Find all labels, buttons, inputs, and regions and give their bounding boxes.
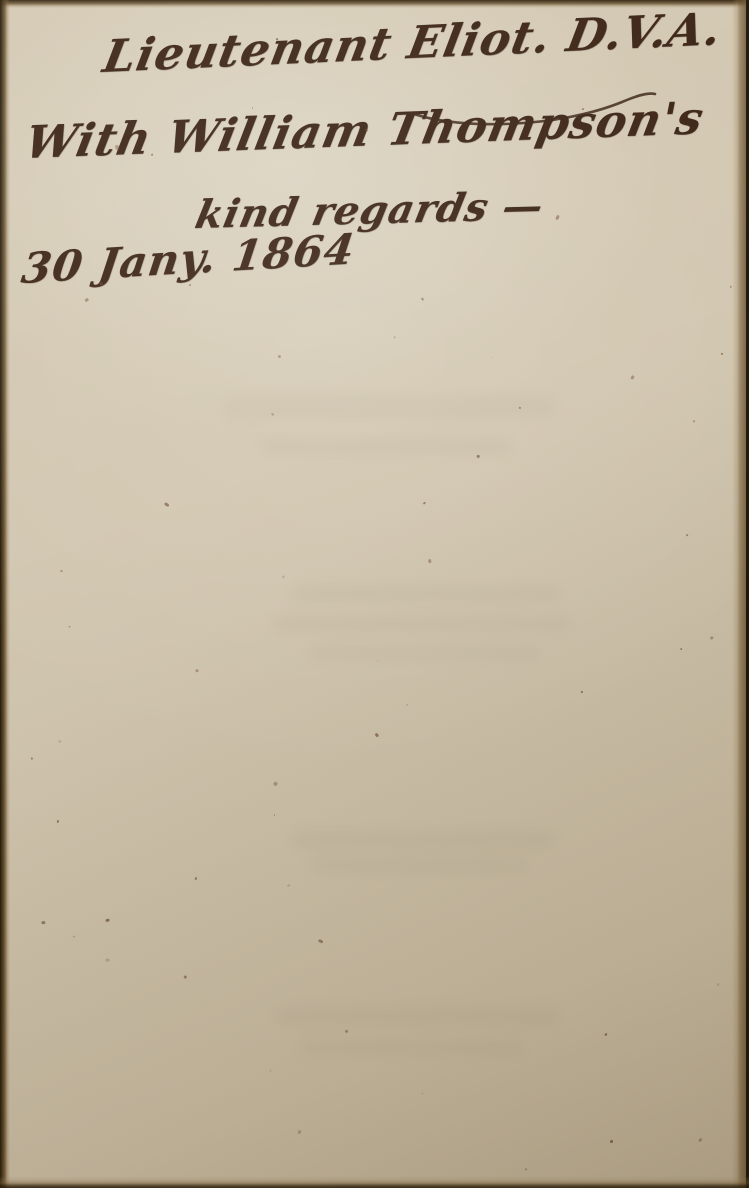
foxing-speck [273, 781, 278, 786]
foxing-speck [519, 406, 522, 409]
foxing-speck [99, 281, 103, 285]
foxing-speck [31, 757, 33, 760]
foxing-speck [581, 691, 583, 693]
foxing-speck [270, 1070, 271, 1072]
showthrough-band [262, 438, 512, 455]
page-edge-right [732, 0, 749, 1188]
foxing-speck [68, 626, 70, 628]
page-edge-left [0, 0, 10, 1188]
foxing-speck [377, 660, 379, 662]
foxing-speck [297, 1129, 301, 1134]
page-edge-top [0, 0, 749, 8]
foxing-speck [421, 1092, 423, 1094]
foxing-speck [374, 732, 379, 737]
showthrough-band [225, 396, 555, 418]
foxing-speck [282, 575, 285, 579]
foxing-speck [275, 37, 278, 40]
foxing-speck [115, 145, 121, 152]
showthrough-band [300, 1040, 524, 1055]
foxing-speck [184, 976, 188, 980]
foxing-speck [406, 704, 408, 706]
foxing-speck [720, 353, 722, 355]
foxing-speck [58, 740, 61, 742]
showthrough-band [272, 616, 572, 632]
inscription-line-regards: kind regards — [191, 183, 548, 238]
foxing-speck [252, 107, 253, 109]
foxing-speck [679, 648, 682, 650]
foxing-speck [555, 215, 560, 221]
showthrough-band [276, 1006, 558, 1026]
foxing-speck [41, 921, 45, 925]
foxing-speck [394, 336, 397, 339]
foxing-speck [274, 814, 275, 816]
foxing-speck [56, 820, 59, 823]
ink-flourish-underline [408, 86, 660, 128]
foxing-speck [164, 502, 170, 508]
foxing-speck [344, 1029, 348, 1033]
foxing-speck [85, 298, 90, 303]
foxing-speck [365, 129, 369, 132]
foxing-speck [423, 501, 427, 504]
foxing-speck [477, 455, 480, 458]
foxing-speck [59, 570, 62, 573]
foxing-speck [709, 637, 713, 641]
inscription-line-date: 30 Jany. 1864 [19, 225, 358, 293]
showthrough-band [292, 586, 560, 602]
showthrough-band [310, 858, 530, 873]
foxing-speck [631, 375, 635, 379]
foxing-speck [610, 1140, 613, 1143]
foxing-speck [195, 877, 197, 880]
foxing-speck [604, 1032, 607, 1035]
page-edge-bottom [0, 1176, 749, 1188]
foxing-speck [189, 284, 191, 287]
foxing-speck [195, 669, 199, 673]
foxing-speck [693, 420, 696, 423]
foxing-speck [287, 884, 290, 887]
handwritten-inscription: Lieutenant Eliot. D.V.A. With William Th… [0, 0, 749, 1188]
foxing-speck [698, 1138, 702, 1143]
foxing-speck [605, 107, 606, 108]
foxing-speck [729, 286, 731, 288]
foxing-speck [105, 918, 110, 922]
showthrough-band [292, 830, 554, 850]
foxing-speck [271, 413, 274, 416]
foxing-speck [686, 534, 689, 537]
inscription-line-recipient: Lieutenant Eliot. D.V.A. [99, 2, 726, 83]
foxing-speck [492, 357, 493, 358]
foxing-speck [106, 959, 110, 962]
foxing-speck [151, 153, 154, 156]
foxing-speck [278, 354, 282, 358]
inscription-line-giver: With William Thompson's [21, 91, 709, 169]
book-page-photo: Lieutenant Eliot. D.V.A. With William Th… [0, 0, 749, 1188]
foxing-speck [716, 983, 720, 987]
foxing-speck [582, 108, 584, 110]
foxing-speck [72, 936, 74, 938]
foxing-speck [427, 559, 431, 564]
foxing-speck [420, 297, 423, 300]
foxing-speck [318, 939, 324, 944]
showthrough-band [308, 646, 540, 660]
foxing-speck [525, 1169, 527, 1171]
